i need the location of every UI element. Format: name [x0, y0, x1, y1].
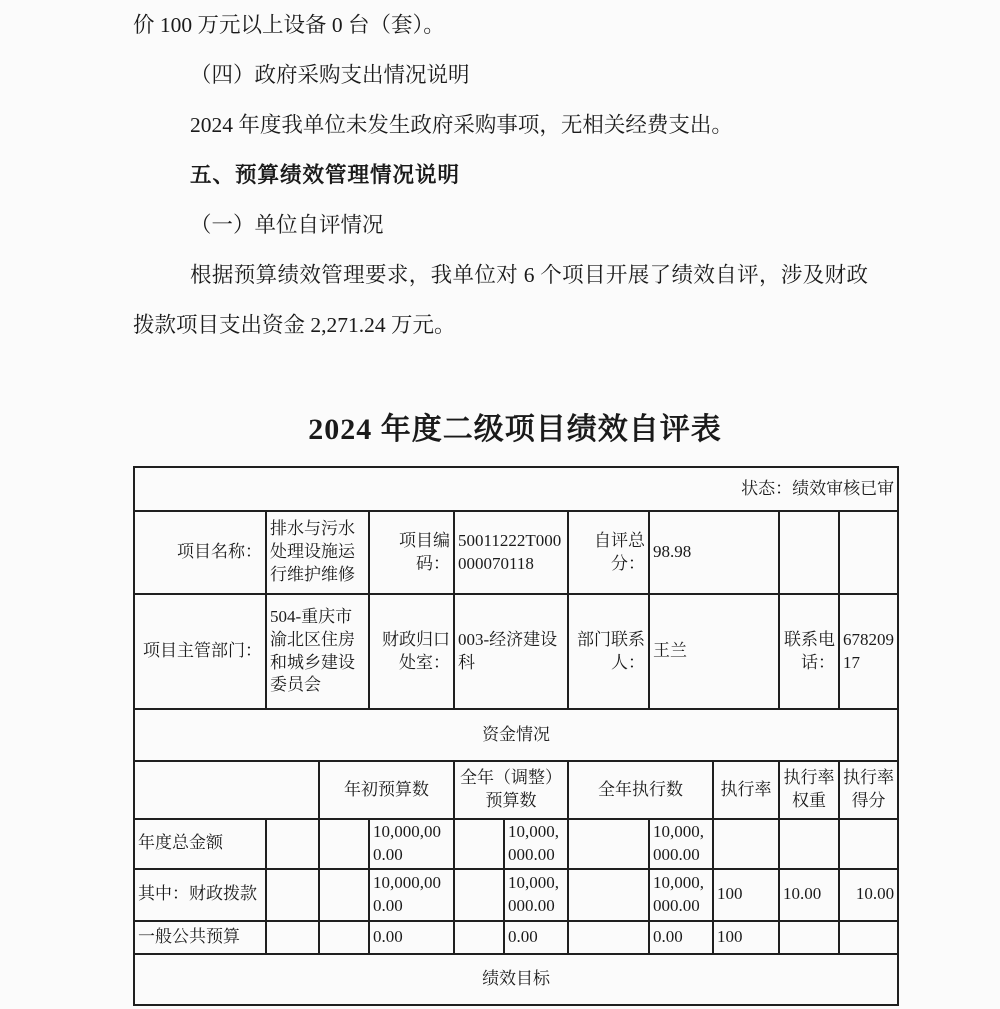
- rate-score-value: [839, 921, 898, 954]
- header-adjusted-budget: 全年（调整）预算数: [454, 761, 568, 819]
- execution-rate-value: 100: [713, 869, 779, 921]
- rate-score-value: [839, 819, 898, 869]
- performance-self-evaluation-table: 状态：绩效审核已审 项目名称： 排水与污水处理设施运行维护维修 项目编码： 50…: [133, 466, 899, 1006]
- funding-section-row: 资金情况: [134, 709, 898, 761]
- project-code-label: 项目编码：: [369, 511, 454, 594]
- empty-cell: [568, 819, 649, 869]
- paragraph-continuation: 价 100 万元以上设备 0 台（套）。: [133, 0, 868, 50]
- rate-score-value: 10.00: [839, 869, 898, 921]
- empty-cell: [568, 921, 649, 954]
- header-execution-rate: 执行率: [713, 761, 779, 819]
- contact-person-label: 部门联系人：: [568, 594, 649, 709]
- executed-value: 10,000,000.00: [649, 819, 713, 869]
- executed-value: 0.00: [649, 921, 713, 954]
- header-initial-budget: 年初预算数: [319, 761, 454, 819]
- empty-cell: [266, 869, 319, 921]
- table-row-fiscal-allocation: 其中：财政拨款 10,000,000.00 10,000,000.00 10,0…: [134, 869, 898, 921]
- finance-office-label: 财政归口处室：: [369, 594, 454, 709]
- empty-cell: [568, 869, 649, 921]
- adjusted-budget-value: 10,000,000.00: [504, 869, 568, 921]
- empty-cell: [319, 921, 369, 954]
- initial-budget-value: 10,000,000.00: [369, 819, 454, 869]
- table-row: 项目主管部门： 504-重庆市渝北区住房和城乡建设委员会 财政归口处室： 003…: [134, 594, 898, 709]
- money-header-row: 年初预算数 全年（调整）预算数 全年执行数 执行率 执行率权重 执行率得分: [134, 761, 898, 819]
- section-heading-5: 五、预算绩效管理情况说明: [133, 150, 868, 200]
- document-content: 价 100 万元以上设备 0 台（套）。 （四）政府采购支出情况说明 2024 …: [133, 0, 897, 1006]
- empty-cell: [266, 819, 319, 869]
- header-rate-weight: 执行率权重: [779, 761, 839, 819]
- initial-budget-value: 10,000,000.00: [369, 869, 454, 921]
- department-value: 504-重庆市渝北区住房和城乡建设委员会: [266, 594, 369, 709]
- department-label: 项目主管部门：: [134, 594, 266, 709]
- empty-cell: [319, 869, 369, 921]
- table-title: 2024 年度二级项目绩效自评表: [133, 405, 897, 455]
- rate-weight-value: 10.00: [779, 869, 839, 921]
- section-heading-4: （四）政府采购支出情况说明: [133, 50, 868, 100]
- row-label: 其中：财政拨款: [134, 869, 266, 921]
- rate-weight-value: [779, 819, 839, 869]
- contact-phone-value: 67820917: [839, 594, 898, 709]
- row-label: 一般公共预算: [134, 921, 266, 954]
- target-section-row: 绩效目标: [134, 954, 898, 1005]
- paragraph-self-evaluation: 根据预算绩效管理要求，我单位对 6 个项目开展了绩效自评，涉及财政拨款项目支出资…: [133, 250, 868, 350]
- contact-phone-label: 联系电话：: [779, 594, 839, 709]
- adjusted-budget-value: 10,000,000.00: [504, 819, 568, 869]
- empty-cell: [454, 921, 504, 954]
- project-name-label: 项目名称：: [134, 511, 266, 594]
- funding-section-title: 资金情况: [134, 709, 898, 761]
- self-score-value: 98.98: [649, 511, 779, 594]
- empty-header-cell: [134, 761, 319, 819]
- document-page: 价 100 万元以上设备 0 台（套）。 （四）政府采购支出情况说明 2024 …: [0, 0, 1000, 1009]
- table-row-total-amount: 年度总金额 10,000,000.00 10,000,000.00 10,000…: [134, 819, 898, 869]
- executed-value: 10,000,000.00: [649, 869, 713, 921]
- empty-cell: [266, 921, 319, 954]
- table-row-general-public-budget: 一般公共预算 0.00 0.00 0.00 100: [134, 921, 898, 954]
- status-badge: 状态：绩效审核已审: [134, 467, 898, 511]
- self-score-label: 自评总分：: [568, 511, 649, 594]
- row-label: 年度总金额: [134, 819, 266, 869]
- table-row: 项目名称： 排水与污水处理设施运行维护维修 项目编码： 50011222T000…: [134, 511, 898, 594]
- execution-rate-value: 100: [713, 921, 779, 954]
- empty-cell: [454, 869, 504, 921]
- empty-cell: [779, 511, 839, 594]
- execution-rate-value: [713, 819, 779, 869]
- paragraph-procurement: 2024 年度我单位未发生政府采购事项，无相关经费支出。: [133, 100, 868, 150]
- subsection-heading: （一）单位自评情况: [133, 200, 868, 250]
- empty-cell: [319, 819, 369, 869]
- adjusted-budget-value: 0.00: [504, 921, 568, 954]
- header-rate-score: 执行率得分: [839, 761, 898, 819]
- finance-office-value: 003-经济建设科: [454, 594, 568, 709]
- rate-weight-value: [779, 921, 839, 954]
- contact-person-value: 王兰: [649, 594, 779, 709]
- target-section-title: 绩效目标: [134, 954, 898, 1005]
- initial-budget-value: 0.00: [369, 921, 454, 954]
- empty-cell: [454, 819, 504, 869]
- project-name-value: 排水与污水处理设施运行维护维修: [266, 511, 369, 594]
- header-executed: 全年执行数: [568, 761, 713, 819]
- project-code-value: 50011222T000000070118: [454, 511, 568, 594]
- status-row: 状态：绩效审核已审: [134, 467, 898, 511]
- empty-cell: [839, 511, 898, 594]
